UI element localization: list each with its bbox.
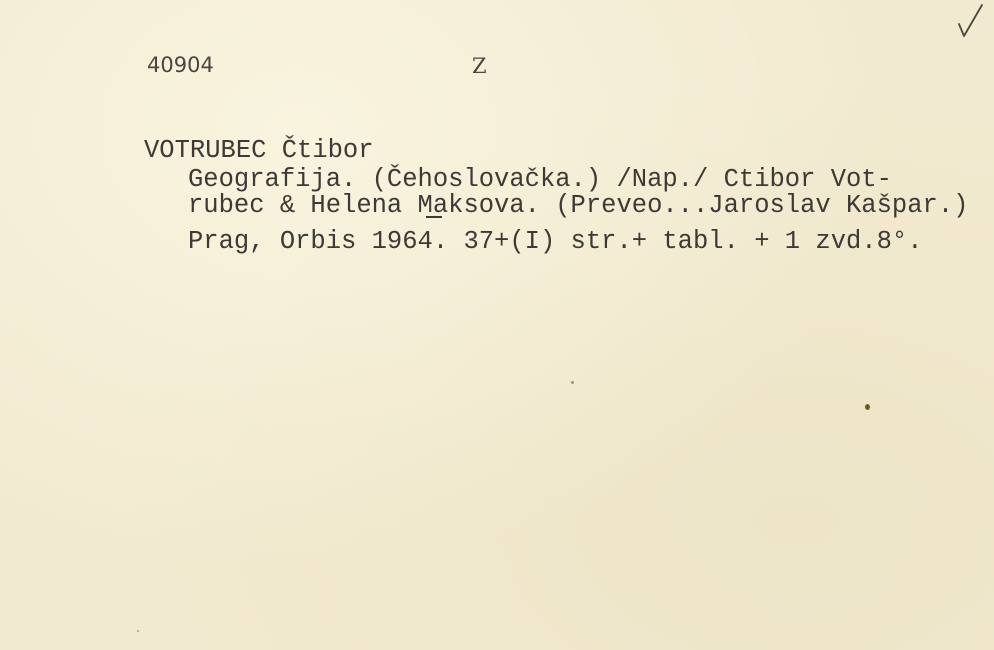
accession-number: 40904 [147, 55, 214, 76]
call-mark: Z [472, 56, 487, 77]
check-mark-icon [955, 2, 985, 38]
paper-speck [865, 404, 870, 410]
title-line: Geografija. (Čehoslovačka.) /Nap./ Ctibo… [188, 167, 892, 193]
authors-line: rubec & Helena Maksova. (Preveo...Jarosl… [188, 193, 968, 219]
imprint-line: Prag, Orbis 1964. 37+(I) str.+ tabl. + 1… [188, 229, 923, 255]
underline-mark [426, 216, 442, 218]
paper-speck [137, 630, 139, 632]
author-heading: VOTRUBEC Čtibor [144, 138, 374, 164]
paper-speck [571, 381, 574, 384]
catalog-card: 40904 Z VOTRUBEC Čtibor Geografija. (Čeh… [0, 0, 994, 650]
